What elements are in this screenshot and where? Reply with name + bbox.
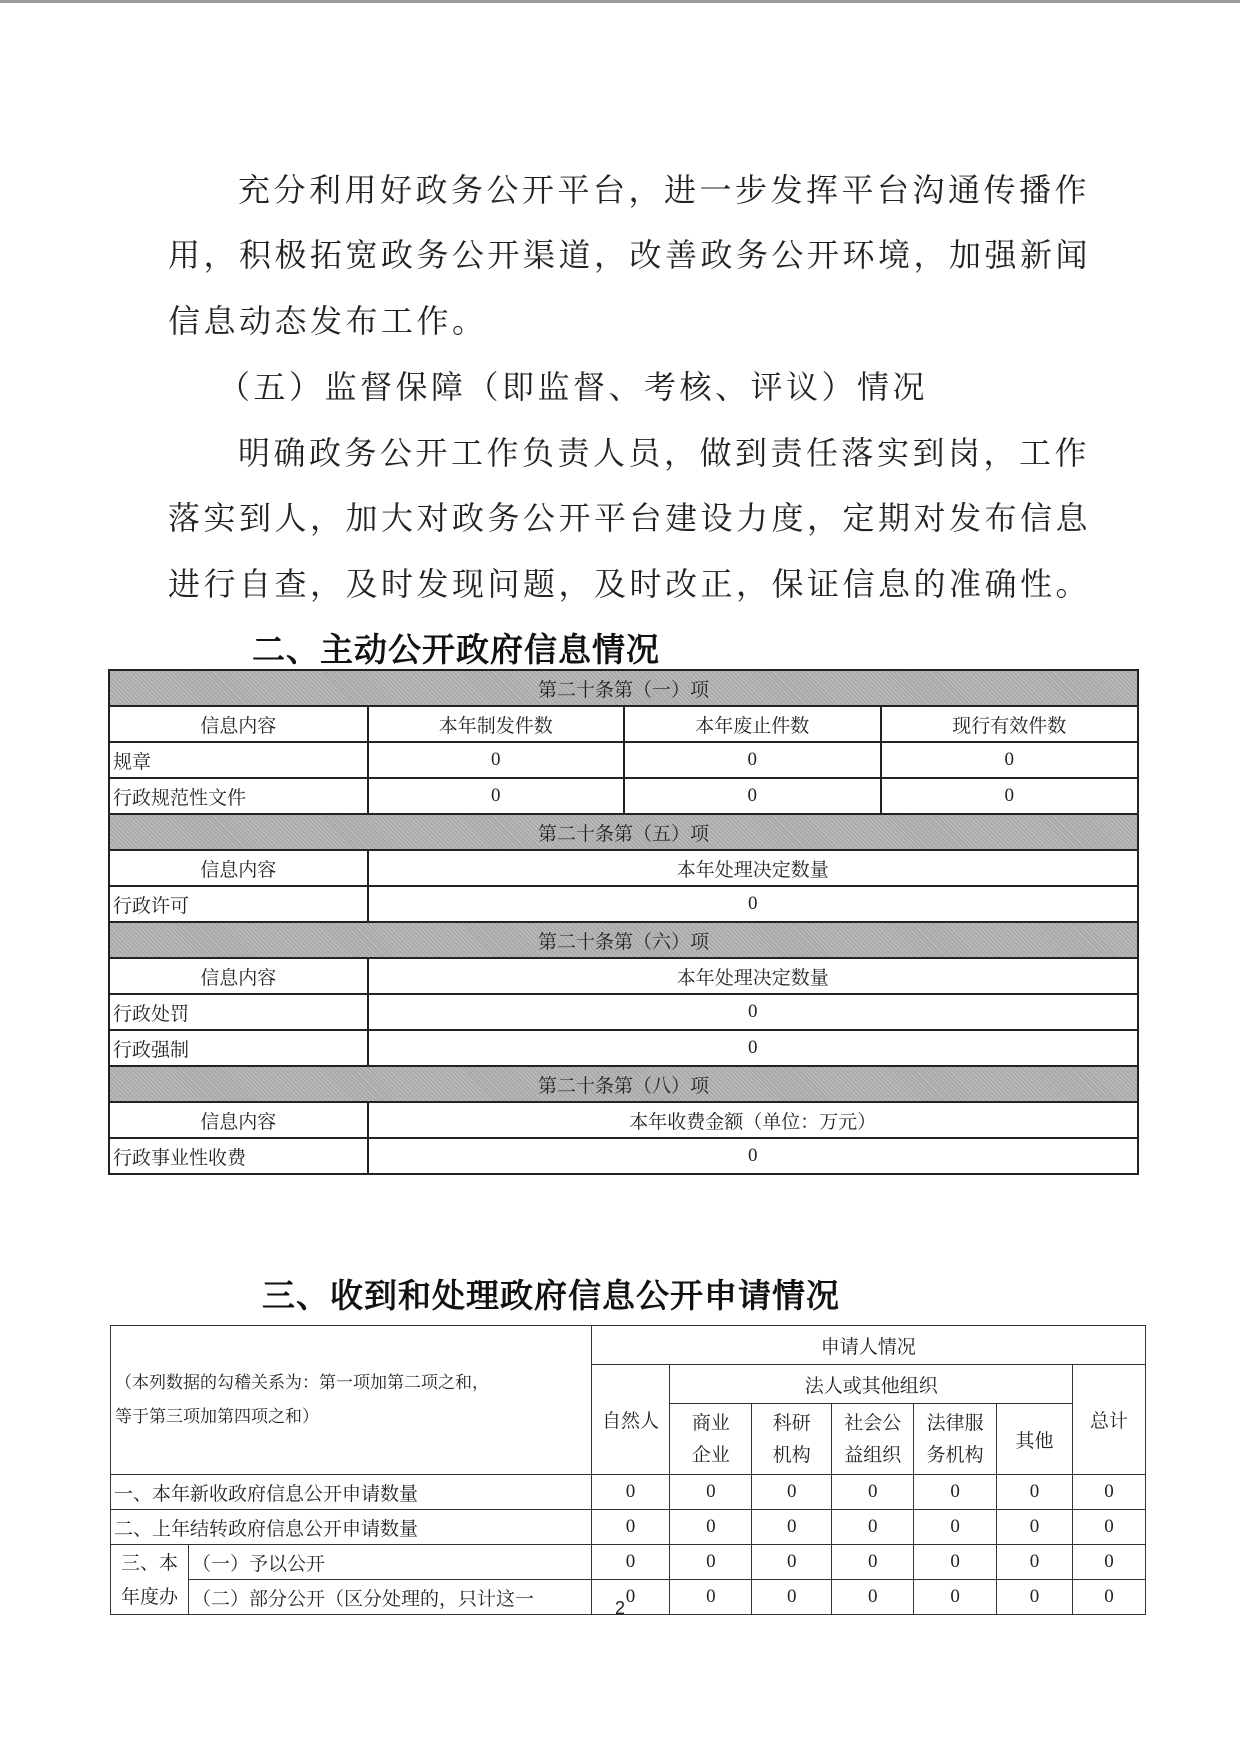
cell-value: 0 bbox=[591, 1545, 670, 1580]
row-label: 行政处罚 bbox=[109, 994, 368, 1030]
scan-top-edge bbox=[0, 0, 1240, 3]
cell-value: 0 bbox=[591, 1510, 670, 1545]
row-label: 一、本年新收政府信息公开申请数量 bbox=[111, 1475, 592, 1510]
label-line: 社会公 bbox=[832, 1407, 913, 1439]
cell-value: 0 bbox=[368, 742, 625, 778]
note-line-1: （本列数据的勾稽关系为：第一项加第二项之和， bbox=[115, 1366, 591, 1400]
reconciliation-note: （本列数据的勾稽关系为：第一项加第二项之和， 等于第三项加第四项之和） bbox=[111, 1326, 592, 1475]
applicant-header: 申请人情况 bbox=[591, 1326, 1146, 1365]
section-2-title: 二、主动公开政府信息情况 bbox=[252, 624, 660, 671]
col-header-natural-person: 自然人 bbox=[591, 1365, 670, 1475]
cell-value: 0 bbox=[624, 742, 881, 778]
col-header-decisions: 本年处理决定数量 bbox=[368, 850, 1139, 886]
header-row: 信息内容 本年制发件数 本年废止件数 现行有效件数 bbox=[109, 706, 1138, 742]
cell-value: 0 bbox=[881, 778, 1139, 814]
col-header-commercial: 商业企业 bbox=[670, 1404, 752, 1475]
row-label: 行政规范性文件 bbox=[109, 778, 368, 814]
label-line: 科研 bbox=[752, 1407, 831, 1439]
cell-value: 0 bbox=[881, 742, 1139, 778]
cell-value: 0 bbox=[914, 1510, 997, 1545]
cell-value: 0 bbox=[832, 1510, 914, 1545]
cell-value: 0 bbox=[368, 994, 1139, 1030]
header-row: 信息内容 本年处理决定数量 bbox=[109, 958, 1138, 994]
cell-value: 0 bbox=[368, 1030, 1139, 1066]
cell-value: 0 bbox=[368, 778, 625, 814]
cell-value: 0 bbox=[832, 1475, 914, 1510]
cell-value: 0 bbox=[368, 1138, 1139, 1174]
col-header-abolished: 本年废止件数 bbox=[624, 706, 881, 742]
paragraph-2-line-3: 进行自查，及时发现问题，及时改正，保证信息的准确性。 bbox=[168, 559, 1091, 605]
row-label: 行政事业性收费 bbox=[109, 1138, 368, 1174]
band-article-20-5: 第二十条第（五）项 bbox=[109, 814, 1138, 850]
label-line: 法律服 bbox=[914, 1407, 996, 1439]
label-line: 务机构 bbox=[914, 1439, 996, 1471]
col-header-total: 总计 bbox=[1073, 1365, 1146, 1475]
band-row: 第二十条第（六）项 bbox=[109, 922, 1138, 958]
page-number: 2 bbox=[0, 1598, 1240, 1619]
col-header-other: 其他 bbox=[997, 1404, 1073, 1475]
cell-value: 0 bbox=[624, 778, 881, 814]
col-header-public-welfare: 社会公益组织 bbox=[832, 1404, 914, 1475]
sub-heading-supervision: （五）监督保障（即监督、考核、评议）情况 bbox=[218, 362, 928, 408]
label-line: 商业 bbox=[670, 1407, 751, 1439]
col-header-info: 信息内容 bbox=[109, 706, 368, 742]
band-article-20-1: 第二十条第（一）项 bbox=[109, 670, 1138, 706]
cell-value: 0 bbox=[914, 1475, 997, 1510]
row-label: 二、上年结转政府信息公开申请数量 bbox=[111, 1510, 592, 1545]
paragraph-1-line-2: 用，积极拓宽政务公开渠道，改善政务公开环境，加强新闻 bbox=[168, 230, 1091, 276]
cell-value: 0 bbox=[997, 1475, 1073, 1510]
table-row: 行政许可 0 bbox=[109, 886, 1138, 922]
table-row: 规章 0 0 0 bbox=[109, 742, 1138, 778]
band-article-20-8: 第二十条第（八）项 bbox=[109, 1066, 1138, 1102]
header-row: 信息内容 本年收费金额（单位：万元） bbox=[109, 1102, 1138, 1138]
cell-value: 0 bbox=[752, 1475, 832, 1510]
table-row: 二、上年结转政府信息公开申请数量 0 0 0 0 0 0 0 bbox=[111, 1510, 1146, 1545]
cell-value: 0 bbox=[752, 1510, 832, 1545]
cell-value: 0 bbox=[670, 1510, 752, 1545]
cell-value: 0 bbox=[997, 1510, 1073, 1545]
table-row: 三、本 年度办 （一）予以公开 0 0 0 0 0 0 0 bbox=[111, 1545, 1146, 1580]
paragraph-1-line-3: 信息动态发布工作。 bbox=[168, 296, 488, 342]
header-row: 信息内容 本年处理决定数量 bbox=[109, 850, 1138, 886]
band-row: 第二十条第（五）项 bbox=[109, 814, 1138, 850]
table-row: 一、本年新收政府信息公开申请数量 0 0 0 0 0 0 0 bbox=[111, 1475, 1146, 1510]
label-line: 企业 bbox=[670, 1439, 751, 1471]
table-row: 行政事业性收费 0 bbox=[109, 1138, 1138, 1174]
cell-value: 0 bbox=[670, 1475, 752, 1510]
label-line: 三、本 bbox=[111, 1546, 188, 1580]
col-header-legal-service: 法律服务机构 bbox=[914, 1404, 997, 1475]
col-header-fees: 本年收费金额（单位：万元） bbox=[368, 1102, 1139, 1138]
paragraph-2-line-1: 明确政务公开工作负责人员，做到责任落实到岗，工作 bbox=[238, 428, 1090, 474]
band-row: 第二十条第（一）项 bbox=[109, 670, 1138, 706]
header-row: （本列数据的勾稽关系为：第一项加第二项之和， 等于第三项加第四项之和） 申请人情… bbox=[111, 1326, 1146, 1365]
cell-value: 0 bbox=[368, 886, 1139, 922]
col-header-legal-entities: 法人或其他组织 bbox=[670, 1365, 1073, 1404]
paragraph-2-line-2: 落实到人，加大对政务公开平台建设力度，定期对发布信息 bbox=[168, 493, 1091, 539]
label-line: 益组织 bbox=[832, 1439, 913, 1471]
col-header-decisions: 本年处理决定数量 bbox=[368, 958, 1139, 994]
note-line-2: 等于第三项加第四项之和） bbox=[115, 1400, 591, 1434]
col-header-research: 科研机构 bbox=[752, 1404, 832, 1475]
cell-value: 0 bbox=[1073, 1510, 1146, 1545]
band-article-20-6: 第二十条第（六）项 bbox=[109, 922, 1138, 958]
col-header-valid: 现行有效件数 bbox=[881, 706, 1139, 742]
row-label: （一）予以公开 bbox=[188, 1545, 591, 1580]
table-row: 行政规范性文件 0 0 0 bbox=[109, 778, 1138, 814]
col-header-info: 信息内容 bbox=[109, 850, 368, 886]
label-line: 机构 bbox=[752, 1439, 831, 1471]
proactive-disclosure-table: 第二十条第（一）项 信息内容 本年制发件数 本年废止件数 现行有效件数 规章 0… bbox=[108, 669, 1139, 1175]
table-row: 行政强制 0 bbox=[109, 1030, 1138, 1066]
cell-value: 0 bbox=[752, 1545, 832, 1580]
col-header-issued: 本年制发件数 bbox=[368, 706, 625, 742]
cell-value: 0 bbox=[914, 1545, 997, 1580]
cell-value: 0 bbox=[591, 1475, 670, 1510]
band-row: 第二十条第（八）项 bbox=[109, 1066, 1138, 1102]
section-3-title: 三、收到和处理政府信息公开申请情况 bbox=[262, 1270, 840, 1317]
cell-value: 0 bbox=[832, 1545, 914, 1580]
application-handling-table: （本列数据的勾稽关系为：第一项加第二项之和， 等于第三项加第四项之和） 申请人情… bbox=[110, 1325, 1146, 1615]
cell-value: 0 bbox=[997, 1545, 1073, 1580]
row-label: 规章 bbox=[109, 742, 368, 778]
cell-value: 0 bbox=[1073, 1475, 1146, 1510]
row-label: 行政许可 bbox=[109, 886, 368, 922]
table-row: 行政处罚 0 bbox=[109, 994, 1138, 1030]
paragraph-1-line-1: 充分利用好政务公开平台，进一步发挥平台沟通传播作 bbox=[238, 165, 1090, 211]
row-label: 行政强制 bbox=[109, 1030, 368, 1066]
col-header-info: 信息内容 bbox=[109, 1102, 368, 1138]
cell-value: 0 bbox=[1073, 1545, 1146, 1580]
cell-value: 0 bbox=[670, 1545, 752, 1580]
col-header-info: 信息内容 bbox=[109, 958, 368, 994]
